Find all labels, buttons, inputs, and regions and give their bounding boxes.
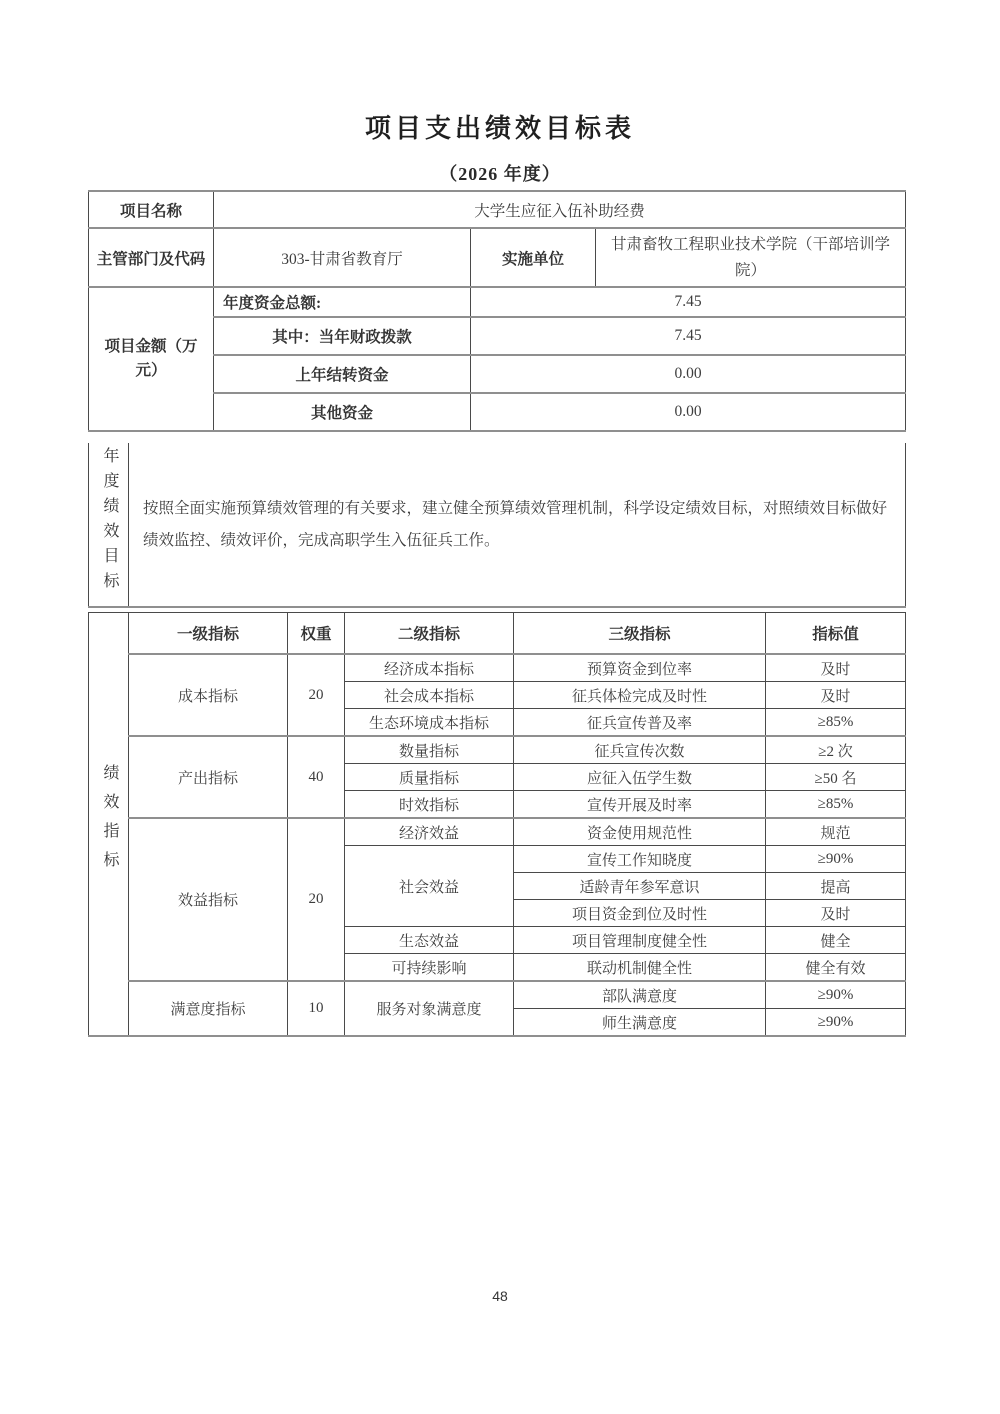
level2-cell: 时效指标 (345, 791, 514, 819)
value-cell: 健全有效 (766, 954, 906, 982)
level3-cell: 宣传开展及时率 (514, 791, 766, 819)
project-info-table: 项目名称 大学生应征入伍补助经费 主管部门及代码 303-甘肃省教育厅 实施单位… (88, 190, 906, 432)
level1-cell: 效益指标 (129, 818, 288, 981)
header-level1: 一级指标 (129, 613, 288, 655)
page-subtitle: （2026 年度） (0, 160, 1000, 186)
value-cell: 及时 (766, 682, 906, 709)
amount-fiscal-value: 7.45 (471, 317, 906, 355)
annual-goal-label-cell: 年度绩效目标 (89, 443, 129, 607)
value-cell: ≥90% (766, 981, 906, 1009)
amount-other-value: 0.00 (471, 393, 906, 431)
table-row: 产出指标 40 数量指标 征兵宣传次数 ≥2 次 (89, 736, 906, 764)
page-number: 48 (0, 1288, 1000, 1304)
dept-code-value: 303-甘肃省教育厅 (214, 228, 471, 287)
amount-total-value: 7.45 (471, 287, 906, 317)
weight-cell: 20 (288, 818, 345, 981)
level2-cell: 社会效益 (345, 846, 514, 927)
level3-cell: 联动机制健全性 (514, 954, 766, 982)
value-cell: 及时 (766, 654, 906, 682)
level2-cell: 经济成本指标 (345, 654, 514, 682)
project-name-value: 大学生应征入伍补助经费 (214, 191, 906, 228)
value-cell: 提高 (766, 873, 906, 900)
level3-cell: 征兵宣传次数 (514, 736, 766, 764)
level2-cell: 经济效益 (345, 818, 514, 846)
amount-total-label: 年度资金总额: (214, 287, 471, 317)
level2-cell: 生态环境成本指标 (345, 709, 514, 737)
level3-cell: 征兵宣传普及率 (514, 709, 766, 737)
header-level2: 二级指标 (345, 613, 514, 655)
level2-cell: 数量指标 (345, 736, 514, 764)
level3-cell: 适龄青年参军意识 (514, 873, 766, 900)
weight-cell: 10 (288, 981, 345, 1036)
level2-cell: 社会成本指标 (345, 682, 514, 709)
value-cell: 规范 (766, 818, 906, 846)
level3-cell: 预算资金到位率 (514, 654, 766, 682)
table-row: 年度绩效目标 按照全面实施预算绩效管理的有关要求，建立健全预算绩效管理机制，科学… (89, 443, 906, 607)
annual-goal-table: 年度绩效目标 按照全面实施预算绩效管理的有关要求，建立健全预算绩效管理机制，科学… (88, 443, 906, 608)
indicators-vertical-label: 绩效指标 (89, 764, 129, 880)
amount-other-label: 其他资金 (214, 393, 471, 431)
amount-fiscal-label: 其中：当年财政拨款 (214, 317, 471, 355)
header-level3: 三级指标 (514, 613, 766, 655)
table-row: 成本指标 20 经济成本指标 预算资金到位率 及时 (89, 654, 906, 682)
weight-cell: 20 (288, 654, 345, 736)
level3-cell: 应征入伍学生数 (514, 764, 766, 791)
level3-cell: 师生满意度 (514, 1009, 766, 1037)
level3-cell: 部队满意度 (514, 981, 766, 1009)
value-cell: ≥2 次 (766, 736, 906, 764)
amount-carryover-label: 上年结转资金 (214, 355, 471, 393)
project-amount-label: 项目金额（万元） (89, 287, 214, 431)
dept-code-label: 主管部门及代码 (89, 228, 214, 287)
amount-carryover-value: 0.00 (471, 355, 906, 393)
table-row: 项目金额（万元） 年度资金总额: 7.45 (89, 287, 906, 317)
value-cell: ≥85% (766, 791, 906, 819)
level3-cell: 宣传工作知晓度 (514, 846, 766, 873)
table-row: 效益指标 20 经济效益 资金使用规范性 规范 (89, 818, 906, 846)
value-cell: 及时 (766, 900, 906, 927)
header-value: 指标值 (766, 613, 906, 655)
annual-goal-text: 按照全面实施预算绩效管理的有关要求，建立健全预算绩效管理机制，科学设定绩效目标，… (143, 493, 891, 557)
level3-cell: 项目管理制度健全性 (514, 927, 766, 954)
level3-cell: 征兵体检完成及时性 (514, 682, 766, 709)
project-name-label: 项目名称 (89, 191, 214, 228)
level2-cell: 质量指标 (345, 764, 514, 791)
indicators-table: 绩效指标 一级指标 权重 二级指标 三级指标 指标值 成本指标 20 经济成本指… (88, 612, 906, 1037)
impl-unit-label: 实施单位 (471, 228, 596, 287)
impl-unit-value: 甘肃畜牧工程职业技术学院（干部培训学院） (596, 228, 906, 287)
level1-cell: 产出指标 (129, 736, 288, 818)
level2-cell: 可持续影响 (345, 954, 514, 982)
level3-cell: 项目资金到位及时性 (514, 900, 766, 927)
annual-goal-vertical-label: 年度绩效目标 (89, 447, 129, 597)
table-row: 满意度指标 10 服务对象满意度 部队满意度 ≥90% (89, 981, 906, 1009)
level1-cell: 满意度指标 (129, 981, 288, 1036)
value-cell: ≥90% (766, 846, 906, 873)
weight-cell: 40 (288, 736, 345, 818)
header-weight: 权重 (288, 613, 345, 655)
indicators-label-cell: 绩效指标 (89, 613, 129, 1037)
level2-cell: 生态效益 (345, 927, 514, 954)
level3-cell: 资金使用规范性 (514, 818, 766, 846)
page-title: 项目支出绩效目标表 (0, 108, 1000, 145)
indicators-header-row: 绩效指标 一级指标 权重 二级指标 三级指标 指标值 (89, 613, 906, 655)
level1-cell: 成本指标 (129, 654, 288, 736)
document-page: 项目支出绩效目标表 （2026 年度） 项目名称 大学生应征入伍补助经费 主管部… (0, 0, 1000, 1414)
value-cell: ≥50 名 (766, 764, 906, 791)
impl-unit-text: 甘肃畜牧工程职业技术学院（干部培训学院） (602, 232, 899, 284)
table-row: 主管部门及代码 303-甘肃省教育厅 实施单位 甘肃畜牧工程职业技术学院（干部培… (89, 228, 906, 287)
value-cell: 健全 (766, 927, 906, 954)
annual-goal-text-cell: 按照全面实施预算绩效管理的有关要求，建立健全预算绩效管理机制，科学设定绩效目标，… (129, 443, 906, 607)
value-cell: ≥90% (766, 1009, 906, 1037)
level2-cell: 服务对象满意度 (345, 981, 514, 1036)
value-cell: ≥85% (766, 709, 906, 737)
table-row: 项目名称 大学生应征入伍补助经费 (89, 191, 906, 228)
project-amount-label-text: 项目金额（万元） (101, 335, 201, 383)
